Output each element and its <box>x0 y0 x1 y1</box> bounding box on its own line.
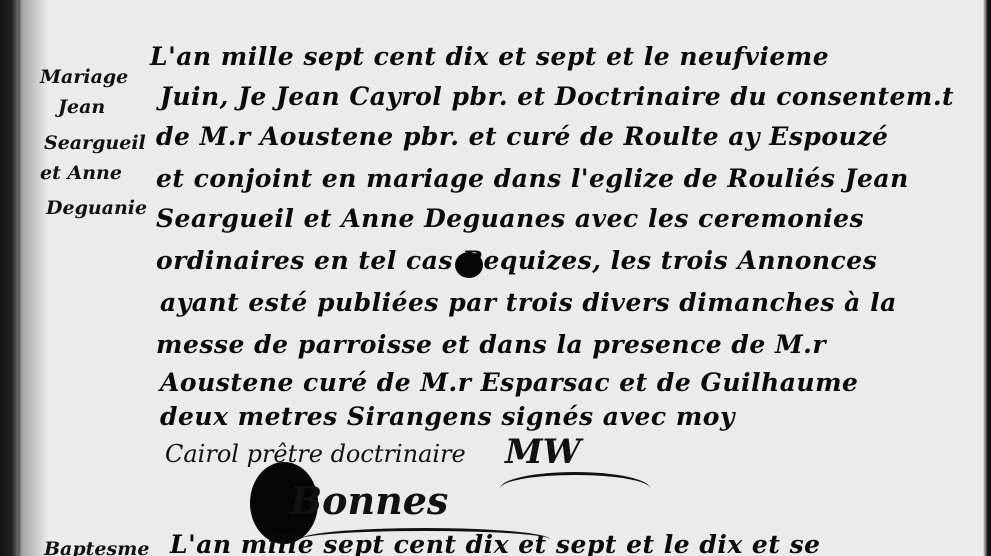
page-right-edge <box>983 0 991 556</box>
body-line: messe de parroisse et dans la presence d… <box>156 330 826 359</box>
margin-note: Deguanie <box>46 197 147 219</box>
margin-note: Mariage <box>40 66 128 88</box>
margin-note: Seargueil <box>44 132 146 154</box>
body-line: Aoustene curé de M.r Esparsac et de Guil… <box>160 368 858 397</box>
next-entry-line: L'an mille sept cent dix et sept et le d… <box>170 530 821 556</box>
signature-priest: Cairol prêtre doctrinaire <box>165 440 466 468</box>
body-line: ordinaires en tel cas Requizes, les troi… <box>156 246 877 275</box>
signature-flourish <box>500 472 650 505</box>
next-entry-margin: Baptesme <box>44 538 149 556</box>
body-line: Juin, Je Jean Cayrol pbr. et Doctrinaire… <box>160 82 954 111</box>
body-line: Seargueil et Anne Deguanes avec les cere… <box>156 204 864 233</box>
margin-note: Jean <box>58 96 105 118</box>
register-page: Mariage Jean Seargueil et Anne Deguanie … <box>0 0 991 556</box>
margin-note: et Anne <box>40 162 122 184</box>
body-line: deux metres Sirangens signés avec moy <box>160 402 735 431</box>
body-line: de M.r Aoustene pbr. et curé de Roulte a… <box>156 122 888 151</box>
signature-initials: MW <box>505 432 581 472</box>
body-line: ayant esté publiées par trois divers dim… <box>160 288 897 317</box>
body-line: et conjoint en mariage dans l'eglize de … <box>156 164 909 193</box>
signature-other: Bonnes <box>290 478 448 523</box>
body-line: L'an mille sept cent dix et sept et le n… <box>150 42 829 71</box>
ink-blot <box>455 252 483 278</box>
